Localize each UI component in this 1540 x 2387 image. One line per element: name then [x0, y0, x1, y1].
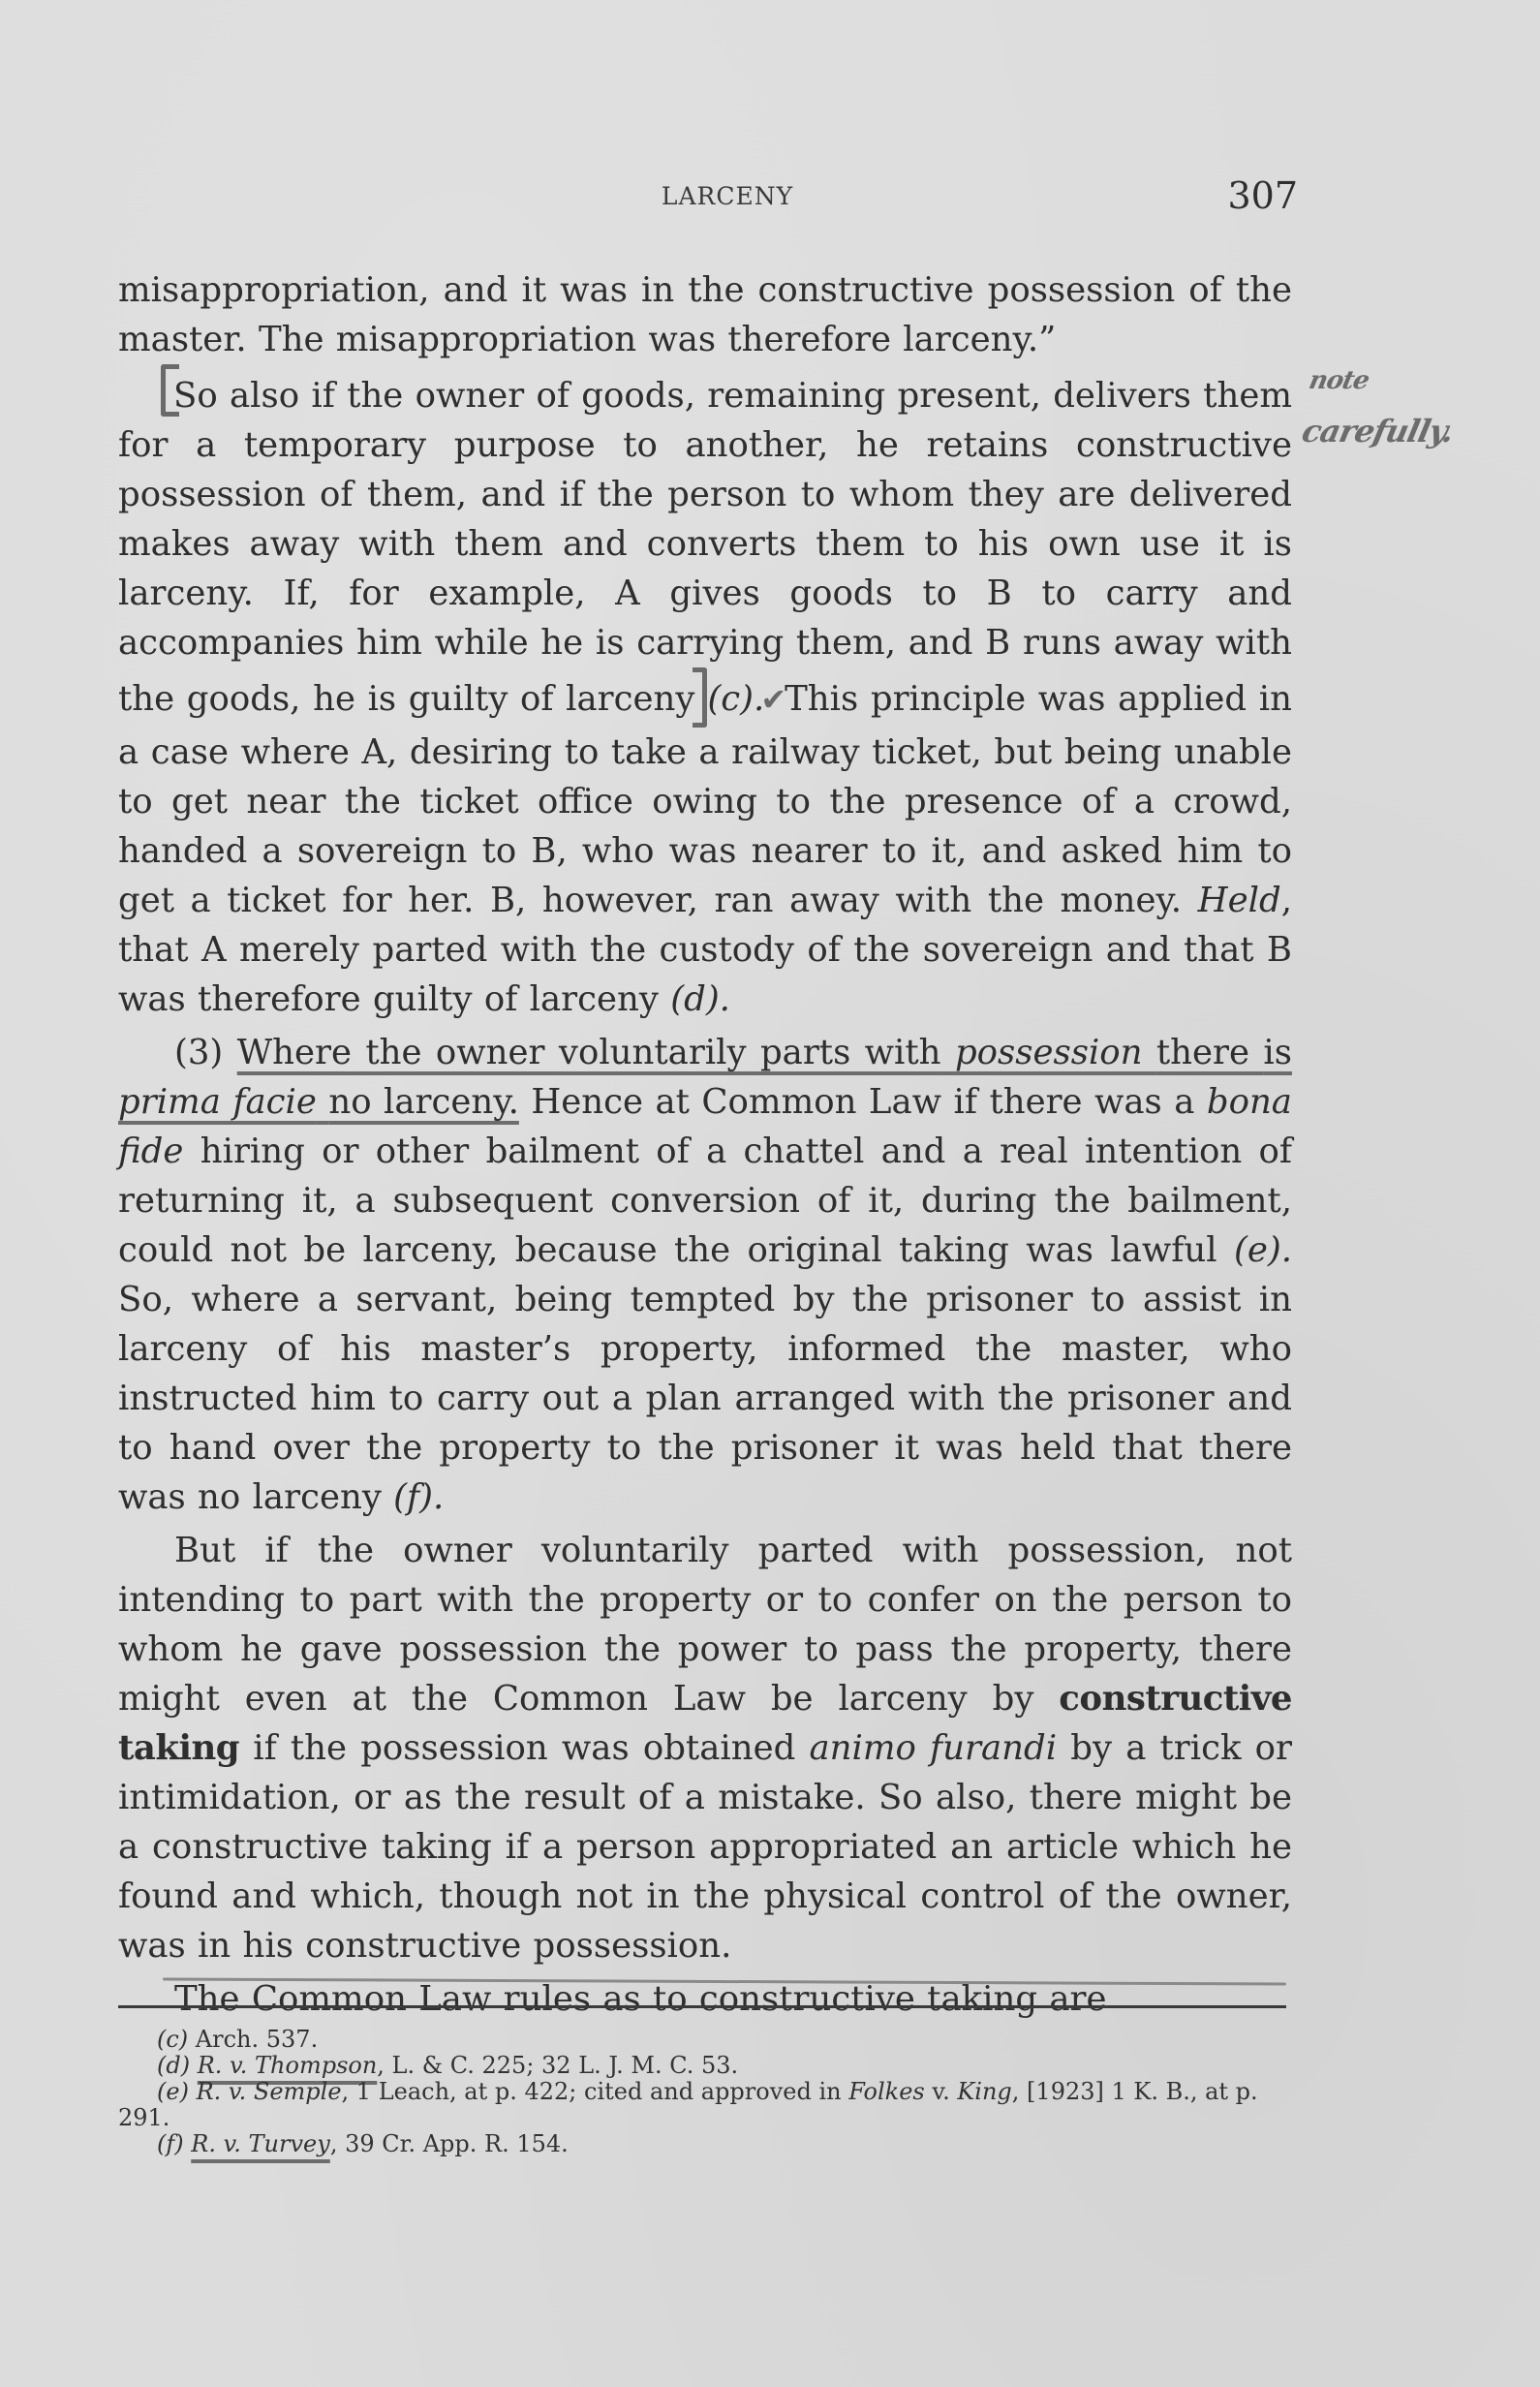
running-head: LARCENY 307: [118, 174, 1298, 219]
body-text: misappropriation, and it was in the cons…: [118, 265, 1292, 2024]
paragraph-1: misappropriation, and it was in the cons…: [118, 265, 1292, 364]
footnote-label: (f): [157, 2130, 184, 2157]
footnote-text: , 1 Leach, at p. 422; cited and approved…: [342, 2078, 849, 2105]
footnote-text: Arch. 537.: [188, 2026, 318, 2053]
section-number: (3): [174, 1033, 223, 1072]
running-title: LARCENY: [118, 182, 1298, 210]
underlined-text-4: no larceny.: [328, 1082, 519, 1122]
held-italic: Held: [1198, 881, 1281, 920]
footnote-f: (f) R. v. Turvey, 39 Cr. App. R. 154.: [118, 2131, 1290, 2157]
footnote-divider: [118, 2005, 1286, 2008]
paragraph-3-text: Hence at Common Law if there was a: [519, 1082, 1195, 1122]
paragraph-4: But if the owner voluntarily parted with…: [118, 1526, 1292, 1970]
paragraph-1-text: misappropriation, and it was in the cons…: [118, 270, 1292, 359]
footnote-d: (d) R. v. Thompson, L. & C. 225; 32 L. J…: [118, 2053, 1290, 2079]
case-name: Folkes: [848, 2078, 925, 2105]
possession-italic: possession: [955, 1033, 1143, 1072]
footnote-text: , L. & C. 225; 32 L. J. M. C. 53.: [377, 2052, 738, 2079]
pencil-bracket-close-icon: [693, 667, 707, 728]
footnote-ref-c[interactable]: (c).: [707, 679, 764, 719]
footnote-ref-e[interactable]: (e).: [1234, 1230, 1292, 1270]
paragraph-5-text: The Common Law rules as to constructive …: [174, 1979, 1107, 2019]
paragraph-3-text-cont: hiring or other bailment of a chattel an…: [118, 1131, 1292, 1270]
paragraph-4-text-cont: if the possession was obtained: [239, 1728, 795, 1768]
case-name: R. v. Turvey: [191, 2130, 330, 2157]
prima-facie-italic: prima facie: [118, 1082, 317, 1122]
underlined-text-3: is: [1263, 1033, 1292, 1072]
footnote-text: , 39 Cr. App. R. 154.: [330, 2130, 569, 2157]
paragraph-3: (3) Where the owner voluntarily parts wi…: [118, 1028, 1292, 1522]
case-name: R. v. Semple: [197, 2078, 342, 2105]
paragraph-3-text-end: So, where a servant, being tempted by th…: [118, 1280, 1292, 1517]
underlined-text-2: there: [1156, 1033, 1249, 1072]
footnote-c: (c) Arch. 537.: [118, 2027, 1290, 2053]
book-page: LARCENY 307 misappropriation, and it was…: [0, 0, 1540, 2387]
footnote-label: (e): [157, 2078, 189, 2105]
pencil-check-mark-icon: ✔: [760, 681, 786, 718]
footnote-ref-f[interactable]: (f).: [393, 1477, 444, 1517]
footnotes: (c) Arch. 537. (d) R. v. Thompson, L. & …: [118, 2027, 1290, 2157]
case-name: King: [957, 2078, 1011, 2105]
underlined-text: Where the owner voluntarily parts with: [237, 1033, 941, 1072]
case-name: R. v. Thompson: [198, 2052, 378, 2079]
margin-note-carefully: carefully.: [1299, 413, 1457, 449]
paragraph-2: So also if the owner of goods, remaining…: [118, 364, 1292, 1024]
margin-note-note: note: [1307, 366, 1371, 395]
page-number: 307: [1227, 174, 1298, 217]
animo-furandi-italic: animo furandi: [809, 1728, 1057, 1768]
footnote-label: (c): [157, 2026, 188, 2053]
versus: v.: [925, 2078, 958, 2105]
footnote-label: (d): [157, 2052, 190, 2079]
footnote-e: (e) R. v. Semple, 1 Leach, at p. 422; ci…: [118, 2079, 1290, 2131]
footnote-ref-d[interactable]: (d).: [670, 979, 730, 1019]
